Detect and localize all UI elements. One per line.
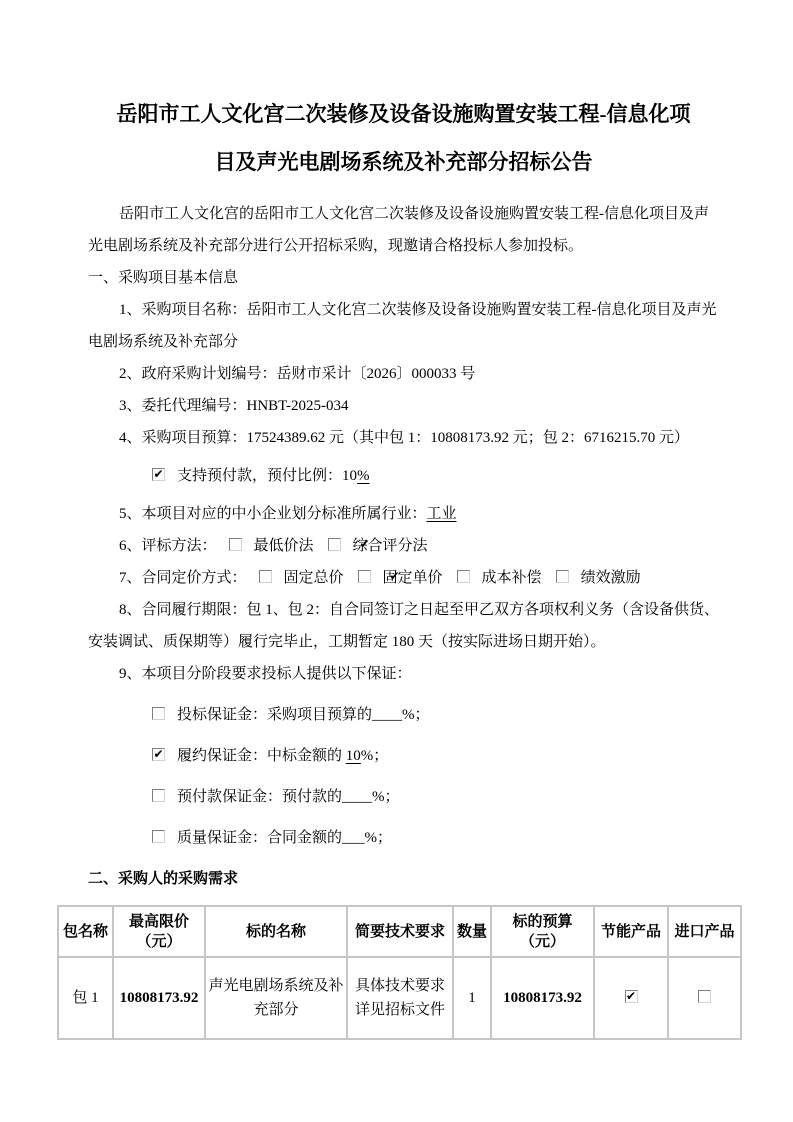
item-project-budget: 4、采购项目预算：17524389.62 元（其中包 1：10808173.92… bbox=[88, 422, 719, 454]
performance-incentive-checkbox[interactable] bbox=[556, 570, 569, 583]
cell-package-name: 包 1 bbox=[58, 957, 113, 1039]
header-subject-budget: 标的预算（元） bbox=[491, 906, 594, 957]
header-tech-requirements: 简要技术要求 bbox=[347, 906, 453, 957]
cell-quantity: 1 bbox=[453, 957, 491, 1039]
table-header-row: 包名称 最高限价（元） 标的名称 简要技术要求 数量 标的预算（元） 节能产品 … bbox=[58, 906, 741, 957]
prepayment-option-row: 支持预付款，预付比例：10% bbox=[88, 460, 719, 492]
option-lowest-price: 最低价法 bbox=[229, 538, 316, 554]
bid-bond-checkbox[interactable] bbox=[152, 707, 165, 720]
table-row: 包 1 10808173.92 声光电剧场系统及补充部分 具体技术要求详见招标文… bbox=[58, 957, 741, 1039]
cell-subject-name: 声光电剧场系统及补充部分 bbox=[205, 957, 347, 1039]
evaluation-method-label: 6、评标方法： bbox=[119, 538, 217, 554]
bid-bond-blank: ____ bbox=[372, 707, 402, 723]
fixed-total-price-label: 固定总价 bbox=[284, 570, 344, 586]
item-evaluation-method: 6、评标方法：最低价法综合评分法 bbox=[88, 530, 719, 562]
prepayment-bond-checkbox[interactable] bbox=[152, 789, 165, 802]
quality-bond-blank: ___ bbox=[342, 830, 365, 846]
cost-compensation-label: 成本补偿 bbox=[482, 570, 542, 586]
quality-bond-checkbox[interactable] bbox=[152, 830, 165, 843]
performance-bond-checkbox[interactable] bbox=[152, 748, 165, 761]
cell-imported bbox=[668, 957, 741, 1039]
header-package-name: 包名称 bbox=[58, 906, 113, 957]
item-agent-number: 3、委托代理编号：HNBT-2025-034 bbox=[88, 390, 719, 422]
industry-value: 工业 bbox=[427, 506, 457, 522]
fixed-total-price-checkbox[interactable] bbox=[259, 570, 272, 583]
section1-heading: 一、采购项目基本信息 bbox=[88, 262, 719, 294]
title-line-2: 目及声光电剧场系统及补充部分招标公告 bbox=[215, 150, 593, 174]
item-project-name: 1、采购项目名称：岳阳市工人文化宫二次装修及设备设施购置安装工程-信息化项目及声… bbox=[88, 294, 719, 358]
industry-label: 5、本项目对应的中小企业划分标准所属行业： bbox=[119, 506, 427, 522]
cell-subject-budget: 10808173.92 bbox=[491, 957, 594, 1039]
prepayment-bond-suffix: %； bbox=[372, 789, 400, 805]
cell-max-price: 10808173.92 bbox=[113, 957, 205, 1039]
option-performance-incentive: 绩效激励 bbox=[556, 570, 643, 586]
intro-paragraph: 岳阳市工人文化宫的岳阳市工人文化宫二次装修及设备设施购置安装工程-信息化项目及声… bbox=[88, 198, 719, 262]
prepayment-checkbox[interactable] bbox=[152, 468, 165, 481]
prepayment-bond-blank: ____ bbox=[342, 789, 372, 805]
comprehensive-scoring-checkbox[interactable] bbox=[328, 538, 341, 551]
header-energy-saving: 节能产品 bbox=[594, 906, 668, 957]
prepayment-bond-label: 预付款保证金：预付款的 bbox=[177, 789, 342, 805]
quality-bond-label: 质量保证金：合同金额的 bbox=[177, 830, 342, 846]
pricing-label: 7、合同定价方式： bbox=[119, 570, 247, 586]
document-page: 岳阳市工人文化宫二次装修及设备设施购置安装工程-信息化项目及声光电剧场系统及补充… bbox=[0, 0, 793, 1122]
bid-bond-label: 投标保证金：采购项目预算的 bbox=[177, 707, 372, 723]
quality-bond-suffix: %； bbox=[365, 830, 393, 846]
prepayment-label: 支持预付款，预付比例：10 bbox=[177, 468, 357, 484]
performance-bond-value: 10 bbox=[346, 748, 361, 764]
title-line-1: 岳阳市工人文化宫二次装修及设备设施购置安装工程-信息化项 bbox=[117, 102, 691, 126]
imported-checkbox[interactable] bbox=[698, 990, 711, 1003]
prepayment-ratio-value: % bbox=[357, 468, 370, 484]
document-title: 岳阳市工人文化宫二次装修及设备设施购置安装工程-信息化项目及声光电剧场系统及补充… bbox=[88, 90, 719, 186]
option-fixed-unit-price: 固定单价 bbox=[358, 570, 445, 586]
item-industry: 5、本项目对应的中小企业划分标准所属行业：工业 bbox=[88, 498, 719, 530]
option-fixed-total-price: 固定总价 bbox=[259, 570, 346, 586]
option-comprehensive-scoring: 综合评分法 bbox=[328, 538, 430, 554]
item-contract-duration: 8、合同履行期限：包 1、包 2：自合同签订之日起至甲乙双方各项权利义务（含设备… bbox=[88, 594, 719, 658]
header-subject-name: 标的名称 bbox=[205, 906, 347, 957]
item-guarantee-intro: 9、本项目分阶段要求投标人提供以下保证： bbox=[88, 658, 719, 690]
option-cost-compensation: 成本补偿 bbox=[457, 570, 544, 586]
lowest-price-label: 最低价法 bbox=[254, 538, 314, 554]
performance-bond-row: 履约保证金：中标金额的 10%； bbox=[88, 740, 719, 772]
fixed-unit-price-checkbox[interactable] bbox=[358, 570, 371, 583]
header-quantity: 数量 bbox=[453, 906, 491, 957]
item-plan-number: 2、政府采购计划编号：岳财市采计〔2026〕000033 号 bbox=[88, 358, 719, 390]
cell-tech-requirements: 具体技术要求详见招标文件 bbox=[347, 957, 453, 1039]
lowest-price-checkbox[interactable] bbox=[229, 538, 242, 551]
procurement-requirements-table: 包名称 最高限价（元） 标的名称 简要技术要求 数量 标的预算（元） 节能产品 … bbox=[57, 905, 742, 1040]
bid-bond-row: 投标保证金：采购项目预算的____%； bbox=[88, 699, 719, 731]
document-content: 岳阳市工人文化宫二次装修及设备设施购置安装工程-信息化项目及声光电剧场系统及补充… bbox=[0, 0, 793, 1040]
header-imported: 进口产品 bbox=[668, 906, 741, 957]
cell-energy-saving bbox=[594, 957, 668, 1039]
energy-saving-checkbox[interactable] bbox=[625, 990, 638, 1003]
section2-heading: 二、采购人的采购需求 bbox=[88, 863, 719, 895]
quality-bond-row: 质量保证金：合同金额的___%； bbox=[88, 822, 719, 854]
bid-bond-suffix: %； bbox=[402, 707, 430, 723]
performance-bond-label: 履约保证金：中标金额的 bbox=[177, 748, 346, 764]
cost-compensation-checkbox[interactable] bbox=[457, 570, 470, 583]
header-max-price: 最高限价（元） bbox=[113, 906, 205, 957]
item-contract-pricing: 7、合同定价方式：固定总价固定单价成本补偿绩效激励 bbox=[88, 562, 719, 594]
performance-incentive-label: 绩效激励 bbox=[581, 570, 641, 586]
prepayment-bond-row: 预付款保证金：预付款的____%； bbox=[88, 781, 719, 813]
performance-bond-suffix: %； bbox=[361, 748, 389, 764]
